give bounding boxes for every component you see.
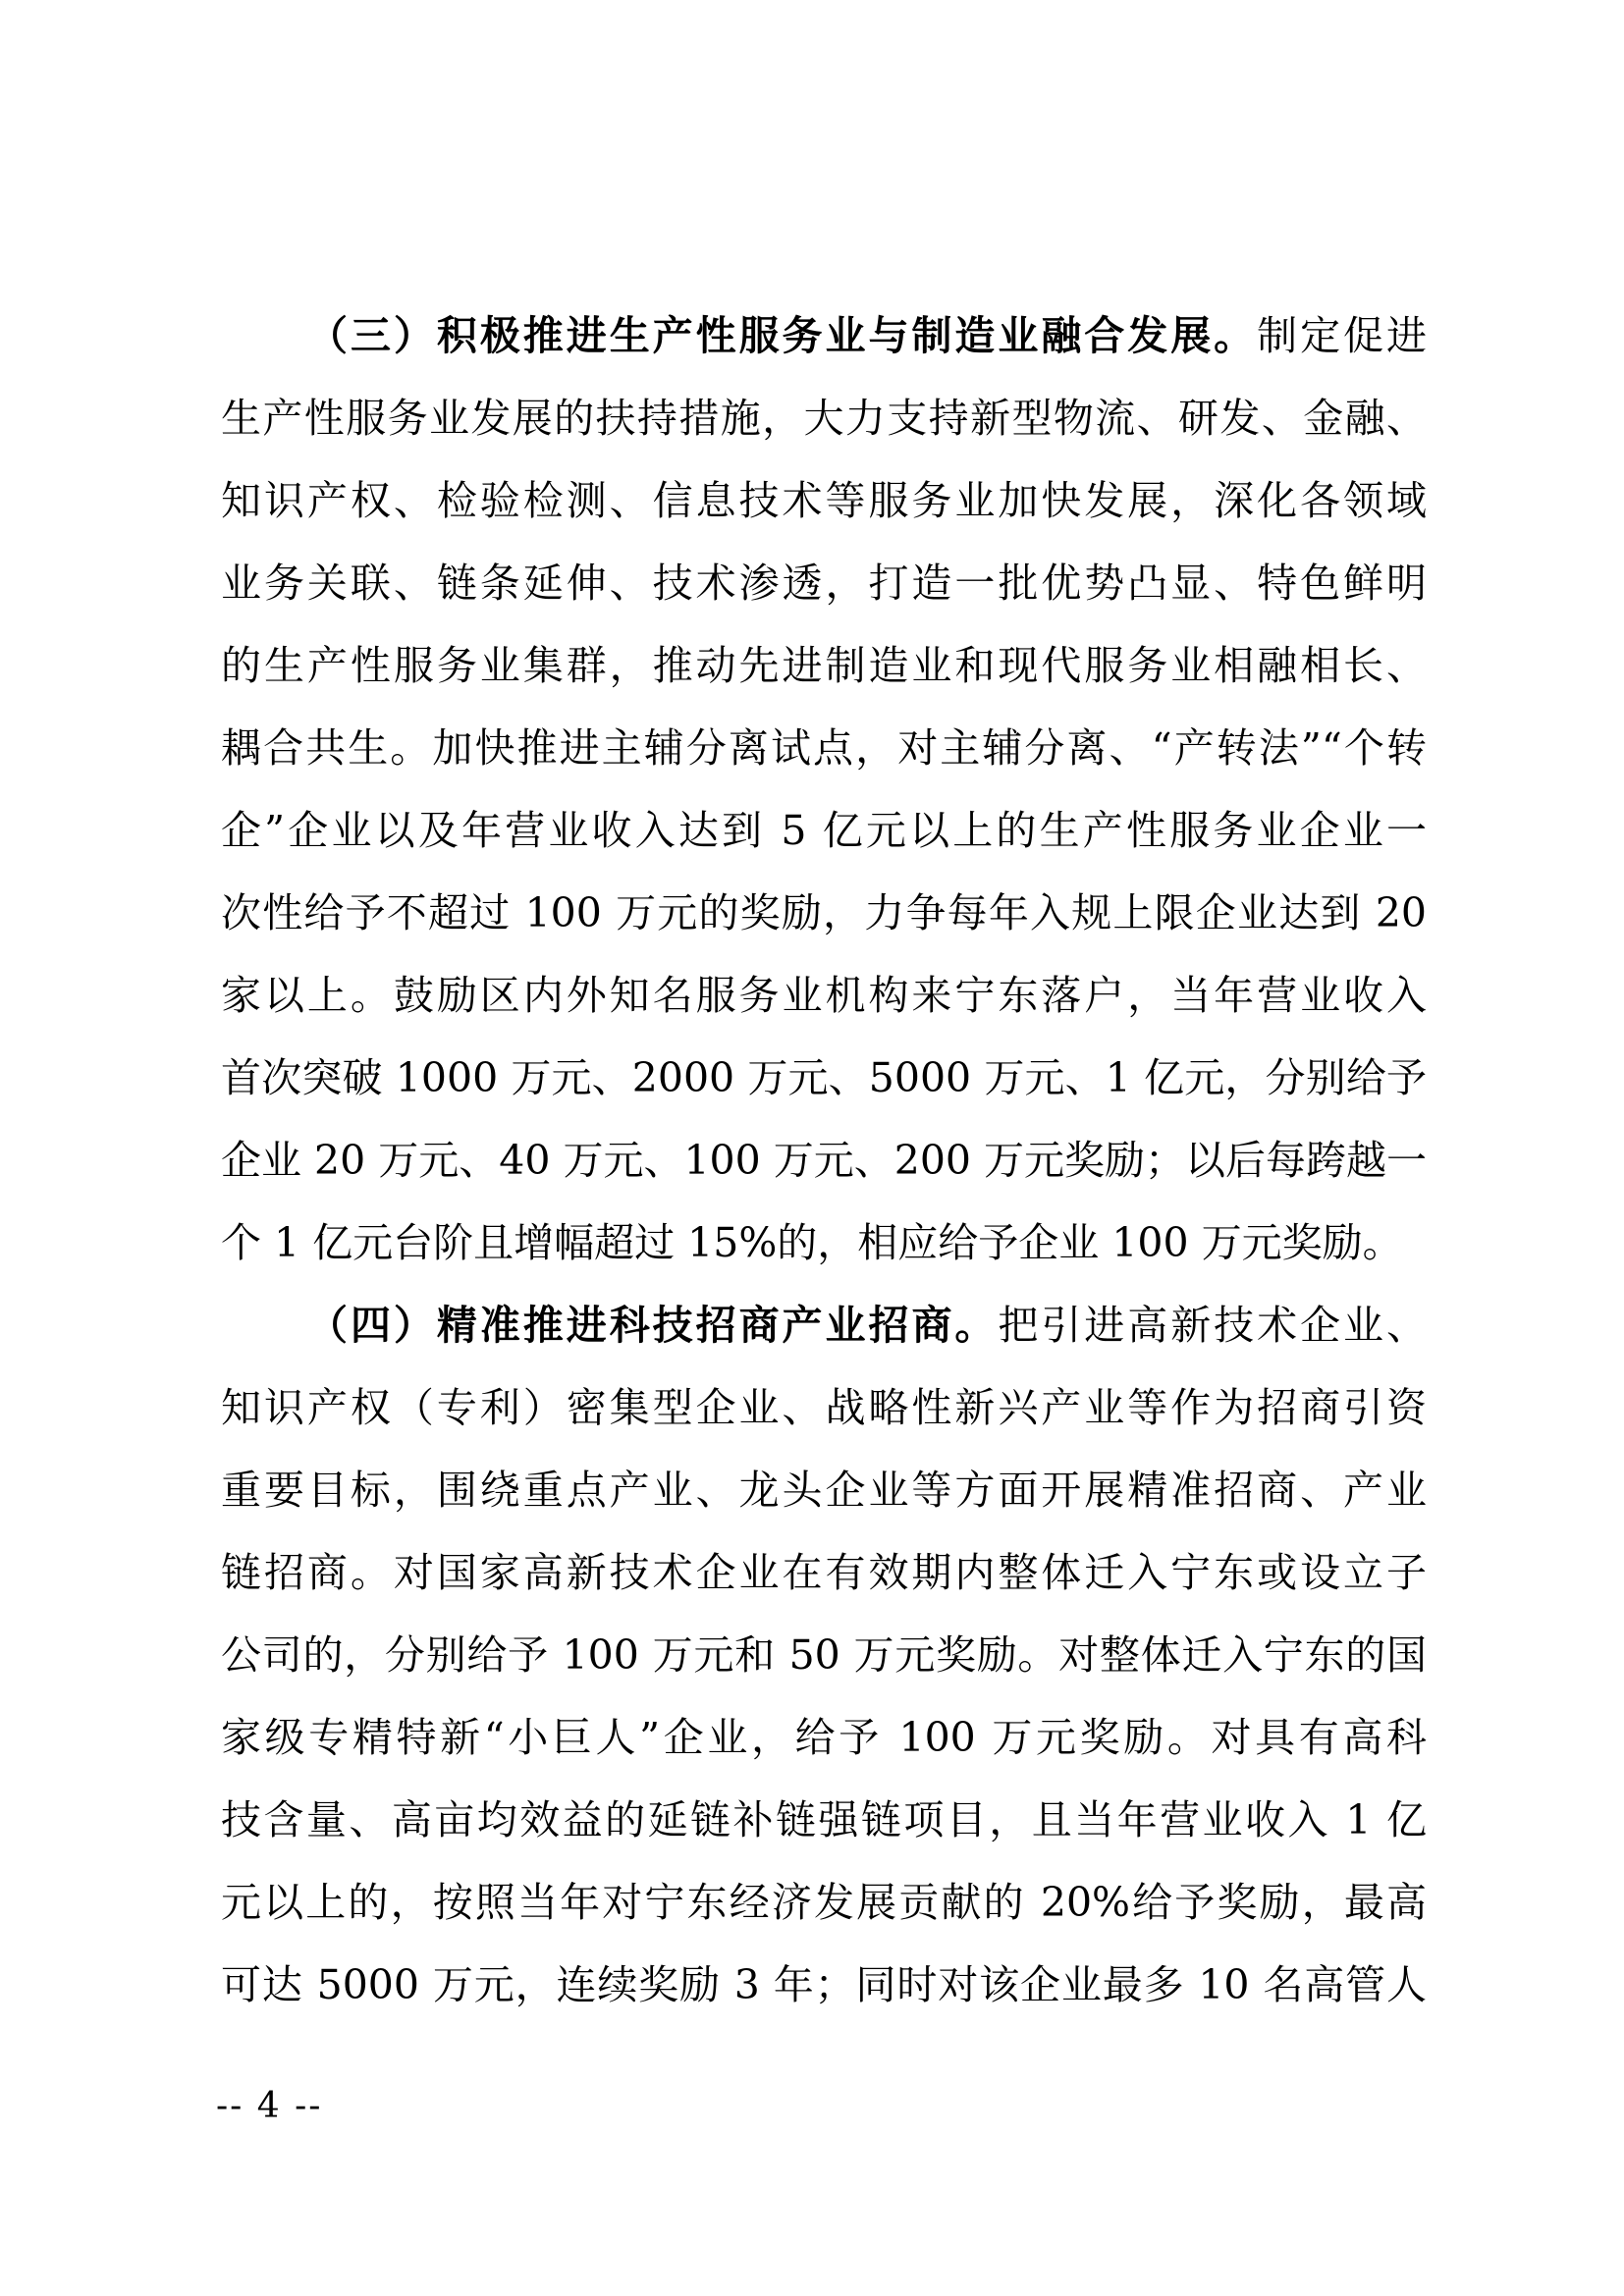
paragraph-line: 次性给予不超过 100 万元的奖励，力争每年入规上限企业达到 20 — [221, 872, 1427, 954]
body-text: （三）积极推进生产性服务业与制造业融合发展。制定促进 生产性服务业发展的扶持措施… — [221, 294, 1427, 2026]
paragraph-line: 知识产权、检验检测、信息技术等服务业加快发展，深化各领域 — [221, 459, 1427, 542]
page-number: -- 4 -- — [216, 2086, 322, 2126]
line-text: 制定促进 — [1257, 312, 1427, 359]
paragraph-line: 可达 5000 万元，连续奖励 3 年；同时对该企业最多 10 名高管人 — [221, 1944, 1427, 2026]
paragraph-line: 链招商。对国家高新技术企业在有效期内整体迁入宁东或设立子 — [221, 1531, 1427, 1614]
line-text: 把引进高新技术企业、 — [998, 1302, 1427, 1349]
paragraph-line: 公司的，分别给予 100 万元和 50 万元奖励。对整体迁入宁东的国 — [221, 1614, 1427, 1696]
paragraph-line: 的生产性服务业集群，推动先进制造业和现代服务业相融相长、 — [221, 624, 1427, 707]
paragraph-line: 重要目标，围绕重点产业、龙头企业等方面开展精准招商、产业 — [221, 1449, 1427, 1531]
paragraph-line: 企业 20 万元、40 万元、100 万元、200 万元奖励；以后每跨越一 — [221, 1119, 1427, 1201]
paragraph-line: 耦合共生。加快推进主辅分离试点，对主辅分离、“产转法”“个转 — [221, 707, 1427, 789]
paragraph-line: 企”企业以及年营业收入达到 5 亿元以上的生产性服务业企业一 — [221, 789, 1427, 872]
section-heading-3: （三）积极推进生产性服务业与制造业融合发展。 — [307, 312, 1257, 359]
paragraph-line: 家以上。鼓励区内外知名服务业机构来宁东落户，当年营业收入 — [221, 954, 1427, 1037]
paragraph-line: 技含量、高亩均效益的延链补链强链项目，且当年营业收入 1 亿 — [221, 1779, 1427, 1861]
section-heading-4: （四）精准推进科技招商产业招商。 — [307, 1302, 998, 1349]
paragraph-line: （四）精准推进科技招商产业招商。把引进高新技术企业、 — [221, 1284, 1427, 1366]
paragraph-line: 首次突破 1000 万元、2000 万元、5000 万元、1 亿元，分别给予 — [221, 1037, 1427, 1119]
paragraph-line: 个 1 亿元台阶且增幅超过 15%的，相应给予企业 100 万元奖励。 — [221, 1201, 1427, 1284]
paragraph-line: 生产性服务业发展的扶持措施，大力支持新型物流、研发、金融、 — [221, 377, 1427, 459]
paragraph-line: 家级专精特新“小巨人”企业，给予 100 万元奖励。对具有高科 — [221, 1696, 1427, 1779]
paragraph-line: 知识产权（专利）密集型企业、战略性新兴产业等作为招商引资 — [221, 1366, 1427, 1449]
paragraph-line: 元以上的，按照当年对宁东经济发展贡献的 20%给予奖励，最高 — [221, 1861, 1427, 1944]
document-page: （三）积极推进生产性服务业与制造业融合发展。制定促进 生产性服务业发展的扶持措施… — [0, 0, 1624, 2296]
paragraph-line: （三）积极推进生产性服务业与制造业融合发展。制定促进 — [221, 294, 1427, 377]
paragraph-line: 业务关联、链条延伸、技术渗透，打造一批优势凸显、特色鲜明 — [221, 542, 1427, 624]
